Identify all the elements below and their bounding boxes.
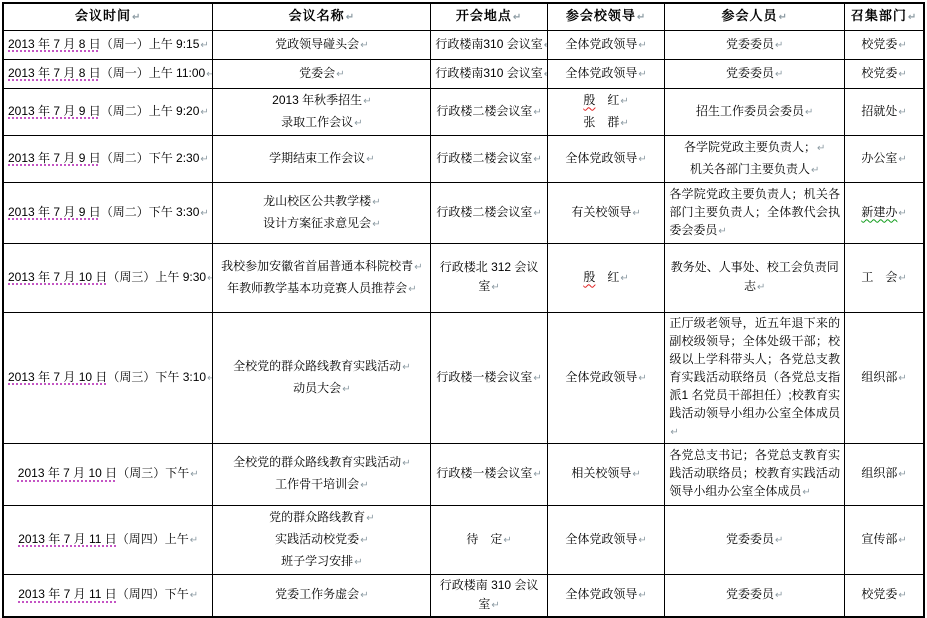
paragraph-mark: ↵ <box>908 12 917 23</box>
meeting-name-cell: 党的群众路线教育↵实践活动校党委↵班子学习安排↵ <box>213 505 431 574</box>
date-text: 2013 年 7 月 11 日 <box>18 587 117 601</box>
text-line: 录取工作会议↵ <box>217 112 426 134</box>
paragraph-mark: ↵ <box>408 284 416 295</box>
paragraph-mark: ↵ <box>503 535 511 546</box>
location-cell: 行政楼南310 会议室↵ <box>431 30 548 59</box>
time-text: （周二）下午 3:30 <box>101 205 200 219</box>
paragraph-mark: ↵ <box>775 40 783 51</box>
attendees-text: 党委委员 <box>726 66 774 80</box>
leaders-cell: 相关校领导↵ <box>547 443 665 505</box>
department-text: 校党委 <box>861 66 897 80</box>
col-header-label: 会议名称 <box>289 8 345 23</box>
paragraph-mark: ↵ <box>360 590 368 601</box>
paragraph-mark: ↵ <box>638 40 646 51</box>
paragraph-mark: ↵ <box>346 12 355 23</box>
attendees-cell: 各学院党政主要负责人；机关各部门主要负责人；全体教代会执委会委员↵ <box>665 182 845 243</box>
time-text: （周二）下午 2:30 <box>101 151 200 165</box>
paragraph-mark: ↵ <box>372 219 380 230</box>
department-text-grammar-flagged: 新建办 <box>861 205 897 219</box>
paragraph-mark: ↵ <box>620 273 628 284</box>
paragraph-mark: ↵ <box>491 600 499 611</box>
leader-name: 张 群↵ <box>552 112 661 134</box>
paragraph-mark: ↵ <box>366 154 374 165</box>
paragraph-mark: ↵ <box>491 282 499 293</box>
leaders-cell: 全体党政领导↵ <box>547 574 665 617</box>
text-line: 全校党的群众路线教育实践活动↵ <box>217 356 426 378</box>
attendees-cell: 党委委员↵ <box>665 574 845 617</box>
location-text: 行政楼二楼会议室 <box>436 104 532 118</box>
leader-name: 殷 红↵ <box>552 90 661 112</box>
text-line: 各学院党政主要负责人；↵ <box>669 137 840 159</box>
meeting-time-cell: 2013 年 7 月 9 日（周二）上午 9:20↵ <box>3 88 213 135</box>
leader-surname-spellcheck: 殷 <box>583 270 595 284</box>
meeting-name-cell: 全校党的群众路线教育实践活动↵动员大会↵ <box>213 312 431 443</box>
date-text: 2013 年 7 月 10 日 <box>18 466 117 480</box>
department-text: 宣传部 <box>861 532 897 546</box>
col-header-label: 开会地点 <box>456 8 512 23</box>
meeting-time-cell: 2013 年 7 月 8 日（周一）上午 11:00↵ <box>3 59 213 88</box>
leader-given-name: 红 <box>595 270 619 284</box>
paragraph-mark: ↵ <box>898 154 906 165</box>
paragraph-mark: ↵ <box>670 427 678 438</box>
line-text: 录取工作会议 <box>281 115 353 129</box>
paragraph-mark: ↵ <box>898 469 906 480</box>
paragraph-mark: ↵ <box>775 69 783 80</box>
attendees-cell: 各党总支书记；各党总支教育实践活动联络员；校教育实践活动领导小组办公室全体成员↵ <box>665 443 845 505</box>
paragraph-mark: ↵ <box>811 165 819 176</box>
col-header-location: 开会地点↵ <box>431 3 548 30</box>
location-cell: 行政楼二楼会议室↵ <box>431 135 548 182</box>
line-text: 我校参加安徽省首届普通本科院校青 <box>221 259 413 273</box>
table-row: 2013 年 7 月 9 日（周二）上午 9:20↵ 2013 年秋季招生↵录取… <box>3 88 924 135</box>
leaders-cell: 全体党政领导↵ <box>547 505 665 574</box>
date-text: 2013 年 7 月 10 日 <box>8 370 107 384</box>
meeting-time-cell: 2013 年 7 月 10 日（周三）下午↵ <box>3 443 213 505</box>
paragraph-mark: ↵ <box>757 282 765 293</box>
line-text: 班子学习安排 <box>281 554 353 568</box>
paragraph-mark: ↵ <box>632 469 640 480</box>
paragraph-mark: ↵ <box>898 69 906 80</box>
paragraph-mark: ↵ <box>544 40 548 51</box>
leaders-text: 相关校领导 <box>571 466 631 480</box>
department-cell: 新建办↵ <box>845 182 924 243</box>
paragraph-mark: ↵ <box>200 40 208 51</box>
leader-surname-spellcheck: 殷 <box>583 93 595 107</box>
paragraph-mark: ↵ <box>190 469 198 480</box>
attendees-text: 教务处、人事处、校工会负责同志 <box>671 260 839 293</box>
location-cell: 行政楼二楼会议室↵ <box>431 88 548 135</box>
leaders-cell: 殷 红↵ 张 群↵ <box>547 88 665 135</box>
meeting-name-cell: 学期结束工作会议↵ <box>213 135 431 182</box>
paragraph-mark: ↵ <box>802 487 810 498</box>
line-text: 实践活动校党委 <box>275 532 359 546</box>
department-text: 组织部 <box>861 466 897 480</box>
col-header-label: 召集部门 <box>851 8 907 23</box>
paragraph-mark: ↵ <box>200 107 208 118</box>
col-header-leaders: 参会校领导↵ <box>547 3 665 30</box>
table-row: 2013 年 7 月 9 日（周二）下午 2:30↵ 学期结束工作会议↵ 行政楼… <box>3 135 924 182</box>
paragraph-mark: ↵ <box>533 208 541 219</box>
paragraph-mark: ↵ <box>132 12 141 23</box>
paragraph-mark: ↵ <box>898 535 906 546</box>
paragraph-mark: ↵ <box>200 154 208 165</box>
department-text: 组织部 <box>861 370 897 384</box>
meeting-name-text: 学期结束工作会议 <box>269 151 365 165</box>
attendees-text: 招生工作委员会委员 <box>696 104 804 118</box>
time-text: （周三）上午 9:30 <box>107 270 206 284</box>
line-text: 设计方案征求意见会 <box>263 216 371 230</box>
meeting-name-cell: 2013 年秋季招生↵录取工作会议↵ <box>213 88 431 135</box>
paragraph-mark: ↵ <box>360 480 368 491</box>
paragraph-mark: ↵ <box>817 143 825 154</box>
text-line: 班子学习安排↵ <box>217 551 426 573</box>
paragraph-mark: ↵ <box>360 535 368 546</box>
paragraph-mark: ↵ <box>200 208 208 219</box>
paragraph-mark: ↵ <box>190 535 198 546</box>
department-text: 招就处 <box>861 104 897 118</box>
paragraph-mark: ↵ <box>360 40 368 51</box>
department-cell: 校党委↵ <box>845 59 924 88</box>
paragraph-mark: ↵ <box>775 590 783 601</box>
paragraph-mark: ↵ <box>775 535 783 546</box>
location-cell: 行政楼一楼会议室↵ <box>431 312 548 443</box>
text-line: 实践活动校党委↵ <box>217 529 426 551</box>
text-line: 全校党的群众路线教育实践活动↵ <box>217 452 426 474</box>
paragraph-mark: ↵ <box>402 362 410 373</box>
paragraph-mark: ↵ <box>533 154 541 165</box>
paragraph-mark: ↵ <box>366 513 374 524</box>
paragraph-mark: ↵ <box>513 12 522 23</box>
meeting-time-cell: 2013 年 7 月 9 日（周二）下午 3:30↵ <box>3 182 213 243</box>
paragraph-mark: ↵ <box>533 107 541 118</box>
paragraph-mark: ↵ <box>354 118 362 129</box>
paragraph-mark: ↵ <box>898 208 906 219</box>
col-header-meeting-name: 会议名称↵ <box>213 3 431 30</box>
paragraph-mark: ↵ <box>533 469 541 480</box>
line-text: 2013 年秋季招生 <box>272 93 362 107</box>
leaders-text: 全体党政领导 <box>565 532 637 546</box>
date-text: 2013 年 7 月 9 日 <box>8 151 101 165</box>
leaders-text: 全体党政领导 <box>565 370 637 384</box>
meeting-name-cell: 党委会↵ <box>213 59 431 88</box>
paragraph-mark: ↵ <box>207 373 213 384</box>
text-line: 机关各部门主要负责人↵ <box>669 159 840 181</box>
paragraph-mark: ↵ <box>363 96 371 107</box>
attendees-text: 各学院党政主要负责人；机关各部门主要负责人；全体教代会执委会委员 <box>669 187 840 237</box>
attendees-cell: 正厅级老领导，近五年退下来的副校级领导；全体处级干部；校级以上学科带头人；各党总… <box>665 312 845 443</box>
department-cell: 校党委↵ <box>845 30 924 59</box>
department-cell: 宣传部↵ <box>845 505 924 574</box>
line-text: 工作骨干培训会 <box>275 477 359 491</box>
paragraph-mark: ↵ <box>207 273 213 284</box>
table-row: 2013 年 7 月 10 日（周三）下午↵ 全校党的群众路线教育实践活动↵工作… <box>3 443 924 505</box>
col-header-attendees: 参会人员↵ <box>665 3 845 30</box>
attendees-text: 党委委员 <box>726 37 774 51</box>
paragraph-mark: ↵ <box>638 373 646 384</box>
department-cell: 组织部↵ <box>845 312 924 443</box>
paragraph-mark: ↵ <box>190 590 198 601</box>
department-cell: 校党委↵ <box>845 574 924 617</box>
time-text: （周四）上午 <box>117 532 189 546</box>
attendees-text: 党委委员 <box>726 587 774 601</box>
meeting-name-text: 党政领导碰头会 <box>275 37 359 51</box>
line-text: 龙山校区公共教学楼 <box>263 194 371 208</box>
attendees-cell: 招生工作委员会委员↵ <box>665 88 845 135</box>
table-row: 2013 年 7 月 10 日（周三）下午 3:10↵ 全校党的群众路线教育实践… <box>3 312 924 443</box>
line-text: 党的群众路线教育 <box>269 510 365 524</box>
meeting-name-cell: 党政领导碰头会↵ <box>213 30 431 59</box>
date-text: 2013 年 7 月 11 日 <box>18 532 117 546</box>
paragraph-mark: ↵ <box>414 262 422 273</box>
col-header-label: 参会校领导 <box>566 8 636 23</box>
meeting-schedule-table: 会议时间↵ 会议名称↵ 开会地点↵ 参会校领导↵ 参会人员↵ 召集部门↵ 201… <box>2 2 925 618</box>
department-cell: 办公室↵ <box>845 135 924 182</box>
text-line: 龙山校区公共教学楼↵ <box>217 191 426 213</box>
location-cell: 待 定↵ <box>431 505 548 574</box>
date-text: 2013 年 7 月 8 日 <box>8 66 101 80</box>
meeting-name-cell: 我校参加安徽省首届普通本科院校青↵年教师教学基本功竞赛人员推荐会↵ <box>213 243 431 312</box>
text-line: 我校参加安徽省首届普通本科院校青↵ <box>217 256 426 278</box>
header-row: 会议时间↵ 会议名称↵ 开会地点↵ 参会校领导↵ 参会人员↵ 召集部门↵ <box>3 3 924 30</box>
location-cell: 行政楼南 310 会议室↵ <box>431 574 548 617</box>
attendees-text: 党委委员 <box>726 532 774 546</box>
paragraph-mark: ↵ <box>718 226 726 237</box>
table-row: 2013 年 7 月 10 日（周三）上午 9:30↵ 我校参加安徽省首届普通本… <box>3 243 924 312</box>
table-row: 2013 年 7 月 8 日（周一）上午 11:00↵ 党委会↵ 行政楼南310… <box>3 59 924 88</box>
leader-given-name: 红 <box>595 93 619 107</box>
paragraph-mark: ↵ <box>638 69 646 80</box>
meeting-name-cell: 龙山校区公共教学楼↵设计方案征求意见会↵ <box>213 182 431 243</box>
department-text: 校党委 <box>861 587 897 601</box>
col-header-label: 参会人员 <box>722 8 778 23</box>
paragraph-mark: ↵ <box>620 96 628 107</box>
line-text: 动员大会 <box>293 381 341 395</box>
text-line: 党的群众路线教育↵ <box>217 507 426 529</box>
text-line: 设计方案征求意见会↵ <box>217 213 426 235</box>
paragraph-mark: ↵ <box>898 273 906 284</box>
location-text: 行政楼南310 会议室 <box>435 66 542 80</box>
date-text: 2013 年 7 月 9 日 <box>8 205 101 219</box>
leaders-cell: 全体党政领导↵ <box>547 59 665 88</box>
paragraph-mark: ↵ <box>638 590 646 601</box>
table-row: 2013 年 7 月 11 日（周四）上午↵ 党的群众路线教育↵实践活动校党委↵… <box>3 505 924 574</box>
paragraph-mark: ↵ <box>544 69 548 80</box>
location-text: 行政楼一楼会议室 <box>436 466 532 480</box>
time-text: （周一）上午 11:00 <box>101 66 205 80</box>
location-text: 行政楼二楼会议室 <box>436 151 532 165</box>
location-text: 行政楼二楼会议室 <box>436 205 532 219</box>
attendees-text: 各党总支书记；各党总支教育实践活动联络员；校教育实践活动领导小组办公室全体成员 <box>669 448 840 498</box>
table-row: 2013 年 7 月 11 日（周四）下午↵ 党委工作务虚会↵ 行政楼南 310… <box>3 574 924 617</box>
location-text: 行政楼南 310 会议室 <box>440 578 539 611</box>
paragraph-mark: ↵ <box>898 40 906 51</box>
attendees-paragraph: 各党总支书记；各党总支教育实践活动联络员；校教育实践活动领导小组办公室全体成员↵ <box>669 446 840 502</box>
department-cell: 招就处↵ <box>845 88 924 135</box>
attendees-cell: 教务处、人事处、校工会负责同志↵ <box>665 243 845 312</box>
paragraph-mark: ↵ <box>638 154 646 165</box>
meeting-time-cell: 2013 年 7 月 11 日（周四）下午↵ <box>3 574 213 617</box>
attendees-paragraph: 正厅级老领导，近五年退下来的副校级领导；全体处级干部；校级以上学科带头人；各党总… <box>669 314 840 442</box>
line-text: 机关各部门主要负责人 <box>690 162 810 176</box>
line-text: 年教师教学基本功竞赛人员推荐会 <box>227 281 407 295</box>
attendees-cell: 党委委员↵ <box>665 59 845 88</box>
time-text: （周四）下午 <box>117 587 189 601</box>
paragraph-mark: ↵ <box>620 118 628 129</box>
attendees-cell: 党委委员↵ <box>665 505 845 574</box>
department-text: 校党委 <box>861 37 897 51</box>
leaders-cell: 全体党政领导↵ <box>547 30 665 59</box>
paragraph-mark: ↵ <box>632 208 640 219</box>
leader-full-name: 张 群 <box>583 115 619 129</box>
leaders-text: 全体党政领导 <box>565 587 637 601</box>
paragraph-mark: ↵ <box>354 557 362 568</box>
location-text: 行政楼北 312 会议室 <box>440 260 539 293</box>
paragraph-mark: ↵ <box>898 107 906 118</box>
time-text: （周二）上午 9:20 <box>101 104 200 118</box>
leaders-text: 全体党政领导 <box>565 37 637 51</box>
paragraph-mark: ↵ <box>336 69 344 80</box>
time-text: （周三）下午 3:10 <box>107 370 206 384</box>
meeting-name-text: 党委工作务虚会 <box>275 587 359 601</box>
leaders-cell: 全体党政领导↵ <box>547 312 665 443</box>
location-cell: 行政楼二楼会议室↵ <box>431 182 548 243</box>
date-text: 2013 年 7 月 9 日 <box>8 104 101 118</box>
col-header-meeting-time: 会议时间↵ <box>3 3 213 30</box>
paragraph-mark: ↵ <box>206 69 213 80</box>
leaders-text: 全体党政领导 <box>565 151 637 165</box>
meeting-name-cell: 党委工作务虚会↵ <box>213 574 431 617</box>
meeting-name-text: 党委会 <box>299 66 335 80</box>
col-header-department: 召集部门↵ <box>845 3 924 30</box>
time-text: （周三）下午 <box>117 466 189 480</box>
attendees-text: 正厅级老领导，近五年退下来的副校级领导；全体处级干部；校级以上学科带头人；各党总… <box>669 316 840 420</box>
meeting-time-cell: 2013 年 7 月 9 日（周二）下午 2:30↵ <box>3 135 213 182</box>
meeting-time-cell: 2013 年 7 月 11 日（周四）上午↵ <box>3 505 213 574</box>
table-row: 2013 年 7 月 8 日（周一）上午 9:15↵ 党政领导碰头会↵ 行政楼南… <box>3 30 924 59</box>
text-line: 2013 年秋季招生↵ <box>217 90 426 112</box>
paragraph-mark: ↵ <box>533 373 541 384</box>
leaders-cell: 有关校领导↵ <box>547 182 665 243</box>
line-text: 各学院党政主要负责人； <box>684 140 816 154</box>
meeting-time-cell: 2013 年 7 月 10 日（周三）下午 3:10↵ <box>3 312 213 443</box>
text-line: 动员大会↵ <box>217 378 426 400</box>
attendees-paragraph: 各学院党政主要负责人；机关各部门主要负责人；全体教代会执委会委员↵ <box>669 185 840 241</box>
department-cell: 组织部↵ <box>845 443 924 505</box>
leaders-text: 有关校领导 <box>571 205 631 219</box>
paragraph-mark: ↵ <box>898 590 906 601</box>
leaders-text: 全体党政领导 <box>565 66 637 80</box>
meeting-name-cell: 全校党的群众路线教育实践活动↵工作骨干培训会↵ <box>213 443 431 505</box>
text-line: 年教师教学基本功竞赛人员推荐会↵ <box>217 278 426 300</box>
location-cell: 行政楼南310 会议室↵ <box>431 59 548 88</box>
paragraph-mark: ↵ <box>637 12 646 23</box>
text-line: 工作骨干培训会↵ <box>217 474 426 496</box>
department-cell: 工 会↵ <box>845 243 924 312</box>
department-text: 办公室 <box>861 151 897 165</box>
line-text: 全校党的群众路线教育实践活动 <box>233 455 401 469</box>
date-text: 2013 年 7 月 10 日 <box>8 270 107 284</box>
time-text: （周一）上午 9:15 <box>101 37 200 51</box>
paragraph-mark: ↵ <box>342 384 350 395</box>
paragraph-mark: ↵ <box>372 197 380 208</box>
location-text: 待 定 <box>466 532 502 546</box>
attendees-cell: 各学院党政主要负责人；↵机关各部门主要负责人↵ <box>665 135 845 182</box>
col-header-label: 会议时间 <box>75 8 131 23</box>
paragraph-mark: ↵ <box>779 12 788 23</box>
location-cell: 行政楼一楼会议室↵ <box>431 443 548 505</box>
paragraph-mark: ↵ <box>402 458 410 469</box>
location-text: 行政楼南310 会议室 <box>435 37 542 51</box>
location-text: 行政楼一楼会议室 <box>436 370 532 384</box>
department-text: 工 会 <box>861 270 897 284</box>
date-text: 2013 年 7 月 8 日 <box>8 37 101 51</box>
paragraph-mark: ↵ <box>898 373 906 384</box>
leaders-cell: 全体党政领导↵ <box>547 135 665 182</box>
attendees-cell: 党委委员↵ <box>665 30 845 59</box>
meeting-time-cell: 2013 年 7 月 10 日（周三）上午 9:30↵ <box>3 243 213 312</box>
line-text: 全校党的群众路线教育实践活动 <box>233 359 401 373</box>
leaders-cell: 殷 红↵ <box>547 243 665 312</box>
paragraph-mark: ↵ <box>638 535 646 546</box>
location-cell: 行政楼北 312 会议室↵ <box>431 243 548 312</box>
meeting-time-cell: 2013 年 7 月 8 日（周一）上午 9:15↵ <box>3 30 213 59</box>
paragraph-mark: ↵ <box>805 107 813 118</box>
table-row: 2013 年 7 月 9 日（周二）下午 3:30↵ 龙山校区公共教学楼↵设计方… <box>3 182 924 243</box>
